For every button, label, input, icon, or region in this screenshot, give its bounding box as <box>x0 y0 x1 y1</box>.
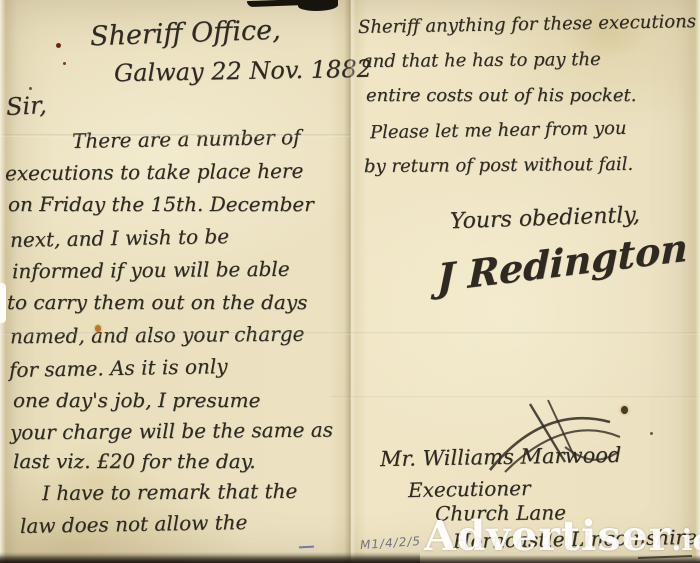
letter-line: informed if you will be able <box>12 257 290 283</box>
paper-speck <box>650 432 653 435</box>
letter-signature: J Redington <box>437 224 689 300</box>
ink-scribble <box>470 392 650 482</box>
fold-crease <box>0 134 350 137</box>
letter-line: and that he has to pay the <box>362 49 601 72</box>
letter-heading-date: Galway 22 Nov. 1882 <box>114 55 372 87</box>
advertiser-watermark: Advertiser.ie <box>424 512 700 560</box>
paper-edge <box>695 0 700 563</box>
paper-speck <box>56 43 61 48</box>
letter-closing: Yours obediently, <box>450 203 641 235</box>
letter-line: entire costs out of his pocket. <box>366 85 636 106</box>
letter-line: one day's job, I presume <box>13 388 260 412</box>
fold-crease <box>0 332 700 335</box>
letter-left-page: Sheriff Office, Galway 22 Nov. 1882 Sir,… <box>0 0 350 563</box>
archive-reference: M1/4/2/5 <box>360 534 422 552</box>
letter-line: on Friday the 15th. December <box>8 192 314 216</box>
letter-line: I have to remark that the <box>42 479 298 505</box>
paper-speck <box>243 168 245 170</box>
letter-line: for same. As it is only <box>9 354 228 382</box>
letter-line: Please let me hear from you <box>370 118 627 143</box>
paper-speck <box>29 87 32 90</box>
paper-tear-notch <box>0 283 6 323</box>
letter-line: Sheriff anything for these executions <box>358 11 696 38</box>
letter-scan: Sheriff Office, Galway 22 Nov. 1882 Sir,… <box>0 0 700 563</box>
paper-edge <box>0 0 6 563</box>
watermark-main: Advertiser <box>424 512 671 560</box>
letter-line: named, and also your charge <box>10 322 305 349</box>
center-fold-crease <box>344 0 356 563</box>
paper-speck <box>95 325 101 332</box>
letter-line: executions to take place here <box>5 159 304 186</box>
letter-line: by return of post without fail. <box>364 154 633 177</box>
letter-line: your charge will be the same as <box>10 418 333 445</box>
paper-speck <box>63 62 66 65</box>
watermark-tld: .ie <box>671 523 700 557</box>
letter-line: last viz. £20 for the day. <box>13 449 256 473</box>
letter-line: to carry them out on the days <box>7 290 307 314</box>
letter-line: next, and I wish to be <box>10 224 229 252</box>
letter-salutation: Sir, <box>5 91 47 121</box>
letter-heading-office: Sheriff Office, <box>90 15 282 53</box>
letter-right-page: Sheriff anything for these executions an… <box>350 0 700 563</box>
letter-line: There are a number of <box>72 125 301 153</box>
letter-line: law does not allow the <box>20 510 248 538</box>
scan-bottom-edge <box>0 552 420 563</box>
